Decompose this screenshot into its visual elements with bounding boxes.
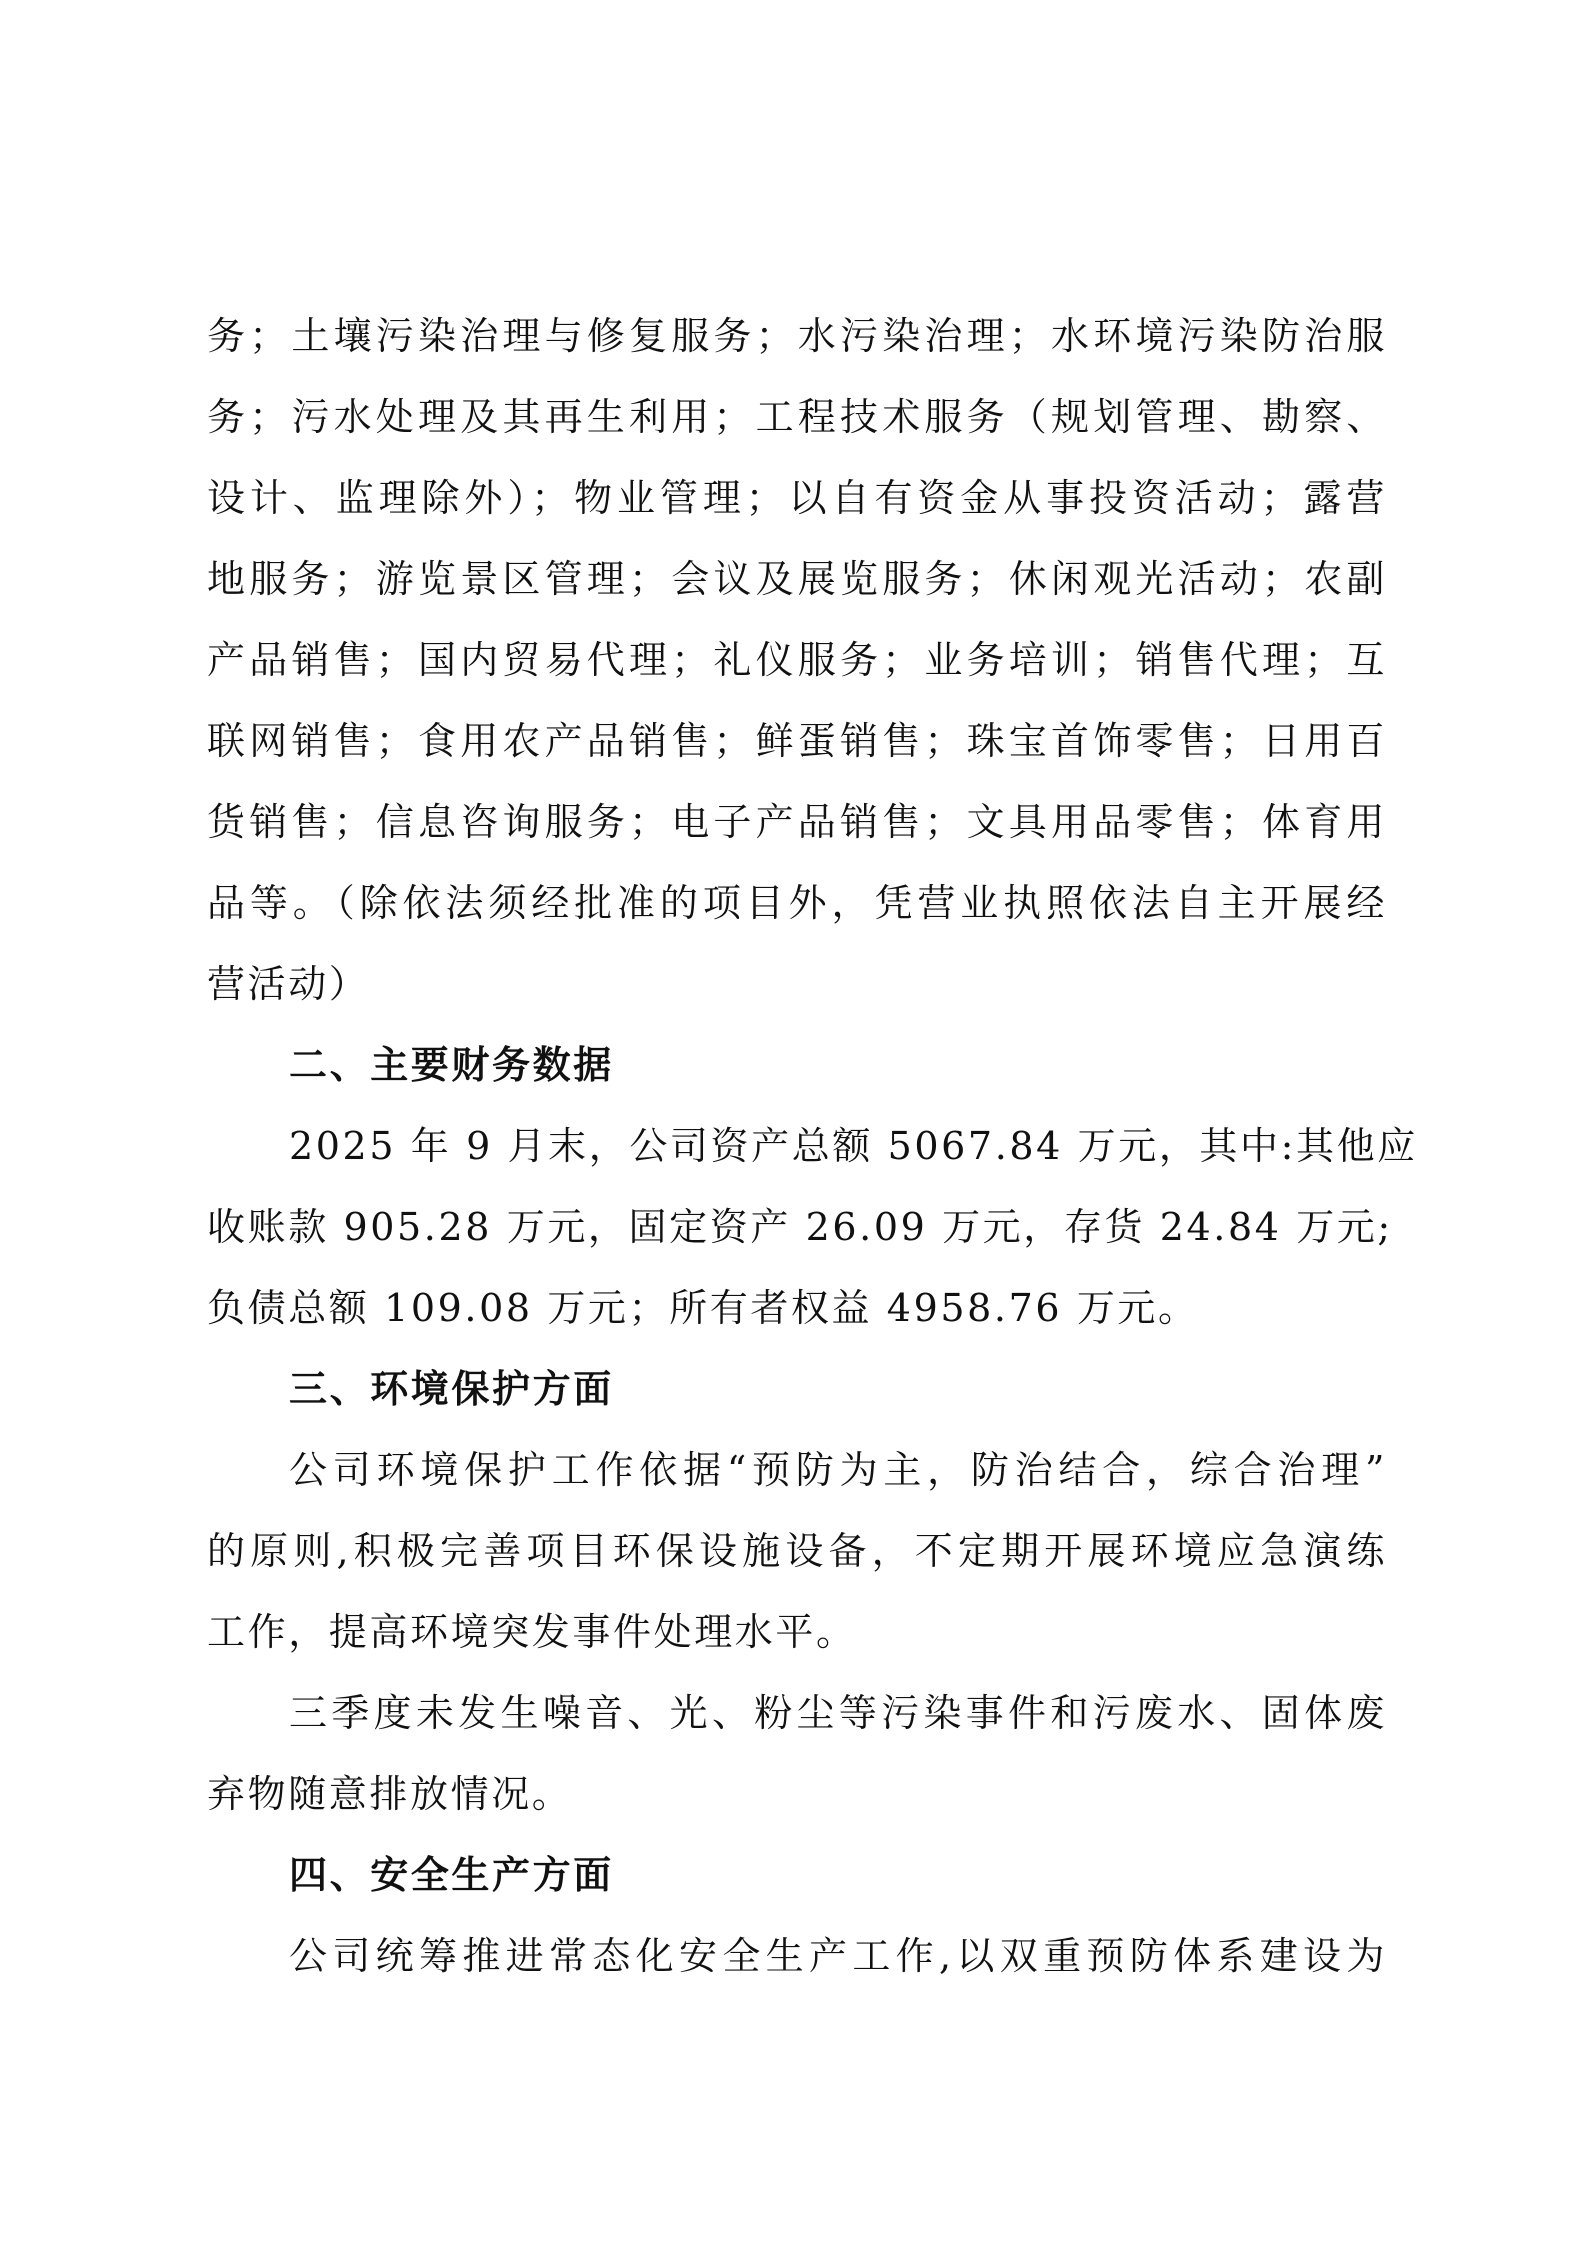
section-heading-financial-data: 二、主要财务数据 (207, 1025, 1387, 1106)
text-line: 营活动） (207, 944, 1387, 1025)
text-line: 收账款 905.28 万元，固定资产 26.09 万元，存货 24.84 万元; (207, 1187, 1387, 1268)
section-heading-production-safety: 四、安全生产方面 (207, 1835, 1387, 1916)
business-scope-paragraph: 务；土壤污染治理与修复服务；水污染治理；水环境污染防治服 务；污水处理及其再生利… (207, 296, 1387, 1025)
financial-data-paragraph: 2025 年 9 月末，公司资产总额 5067.84 万元，其中:其他应 收账款… (207, 1106, 1387, 1349)
text-line: 货销售；信息咨询服务；电子产品销售；文具用品零售；体育用 (207, 782, 1387, 863)
text-line: 三季度未发生噪音、光、粉尘等污染事件和污废水、固体废 (207, 1673, 1387, 1754)
text-line: 2025 年 9 月末，公司资产总额 5067.84 万元，其中:其他应 (207, 1106, 1387, 1187)
text-line: 联网销售；食用农产品销售；鲜蛋销售；珠宝首饰零售；日用百 (207, 701, 1387, 782)
text-line: 的原则,积极完善项目环保设施设备，不定期开展环境应急演练 (207, 1511, 1387, 1592)
production-safety-paragraph: 公司统筹推进常态化安全生产工作,以双重预防体系建设为 (207, 1916, 1387, 1997)
text-line: 工作，提高环境突发事件处理水平。 (207, 1592, 1387, 1673)
text-line: 设计、监理除外）；物业管理；以自有资金从事投资活动；露营 (207, 458, 1387, 539)
document-page: 务；土壤污染治理与修复服务；水污染治理；水环境污染防治服 务；污水处理及其再生利… (207, 296, 1387, 1997)
text-line: 公司统筹推进常态化安全生产工作,以双重预防体系建设为 (207, 1916, 1387, 1997)
text-line: 公司环境保护工作依据“预防为主，防治结合，综合治理” (207, 1430, 1387, 1511)
text-line: 产品销售；国内贸易代理；礼仪服务；业务培训；销售代理；互 (207, 620, 1387, 701)
text-line: 务；污水处理及其再生利用；工程技术服务（规划管理、勘察、 (207, 377, 1387, 458)
text-line: 品等。（除依法须经批准的项目外，凭营业执照依法自主开展经 (207, 863, 1387, 944)
text-line: 地服务；游览景区管理；会议及展览服务；休闲观光活动；农副 (207, 539, 1387, 620)
text-line: 务；土壤污染治理与修复服务；水污染治理；水环境污染防治服 (207, 296, 1387, 377)
text-line: 负债总额 109.08 万元；所有者权益 4958.76 万元。 (207, 1268, 1387, 1349)
text-line: 弃物随意排放情况。 (207, 1754, 1387, 1835)
environmental-paragraph-2: 三季度未发生噪音、光、粉尘等污染事件和污废水、固体废 弃物随意排放情况。 (207, 1673, 1387, 1835)
section-heading-environmental-protection: 三、环境保护方面 (207, 1349, 1387, 1430)
environmental-paragraph-1: 公司环境保护工作依据“预防为主，防治结合，综合治理” 的原则,积极完善项目环保设… (207, 1430, 1387, 1673)
